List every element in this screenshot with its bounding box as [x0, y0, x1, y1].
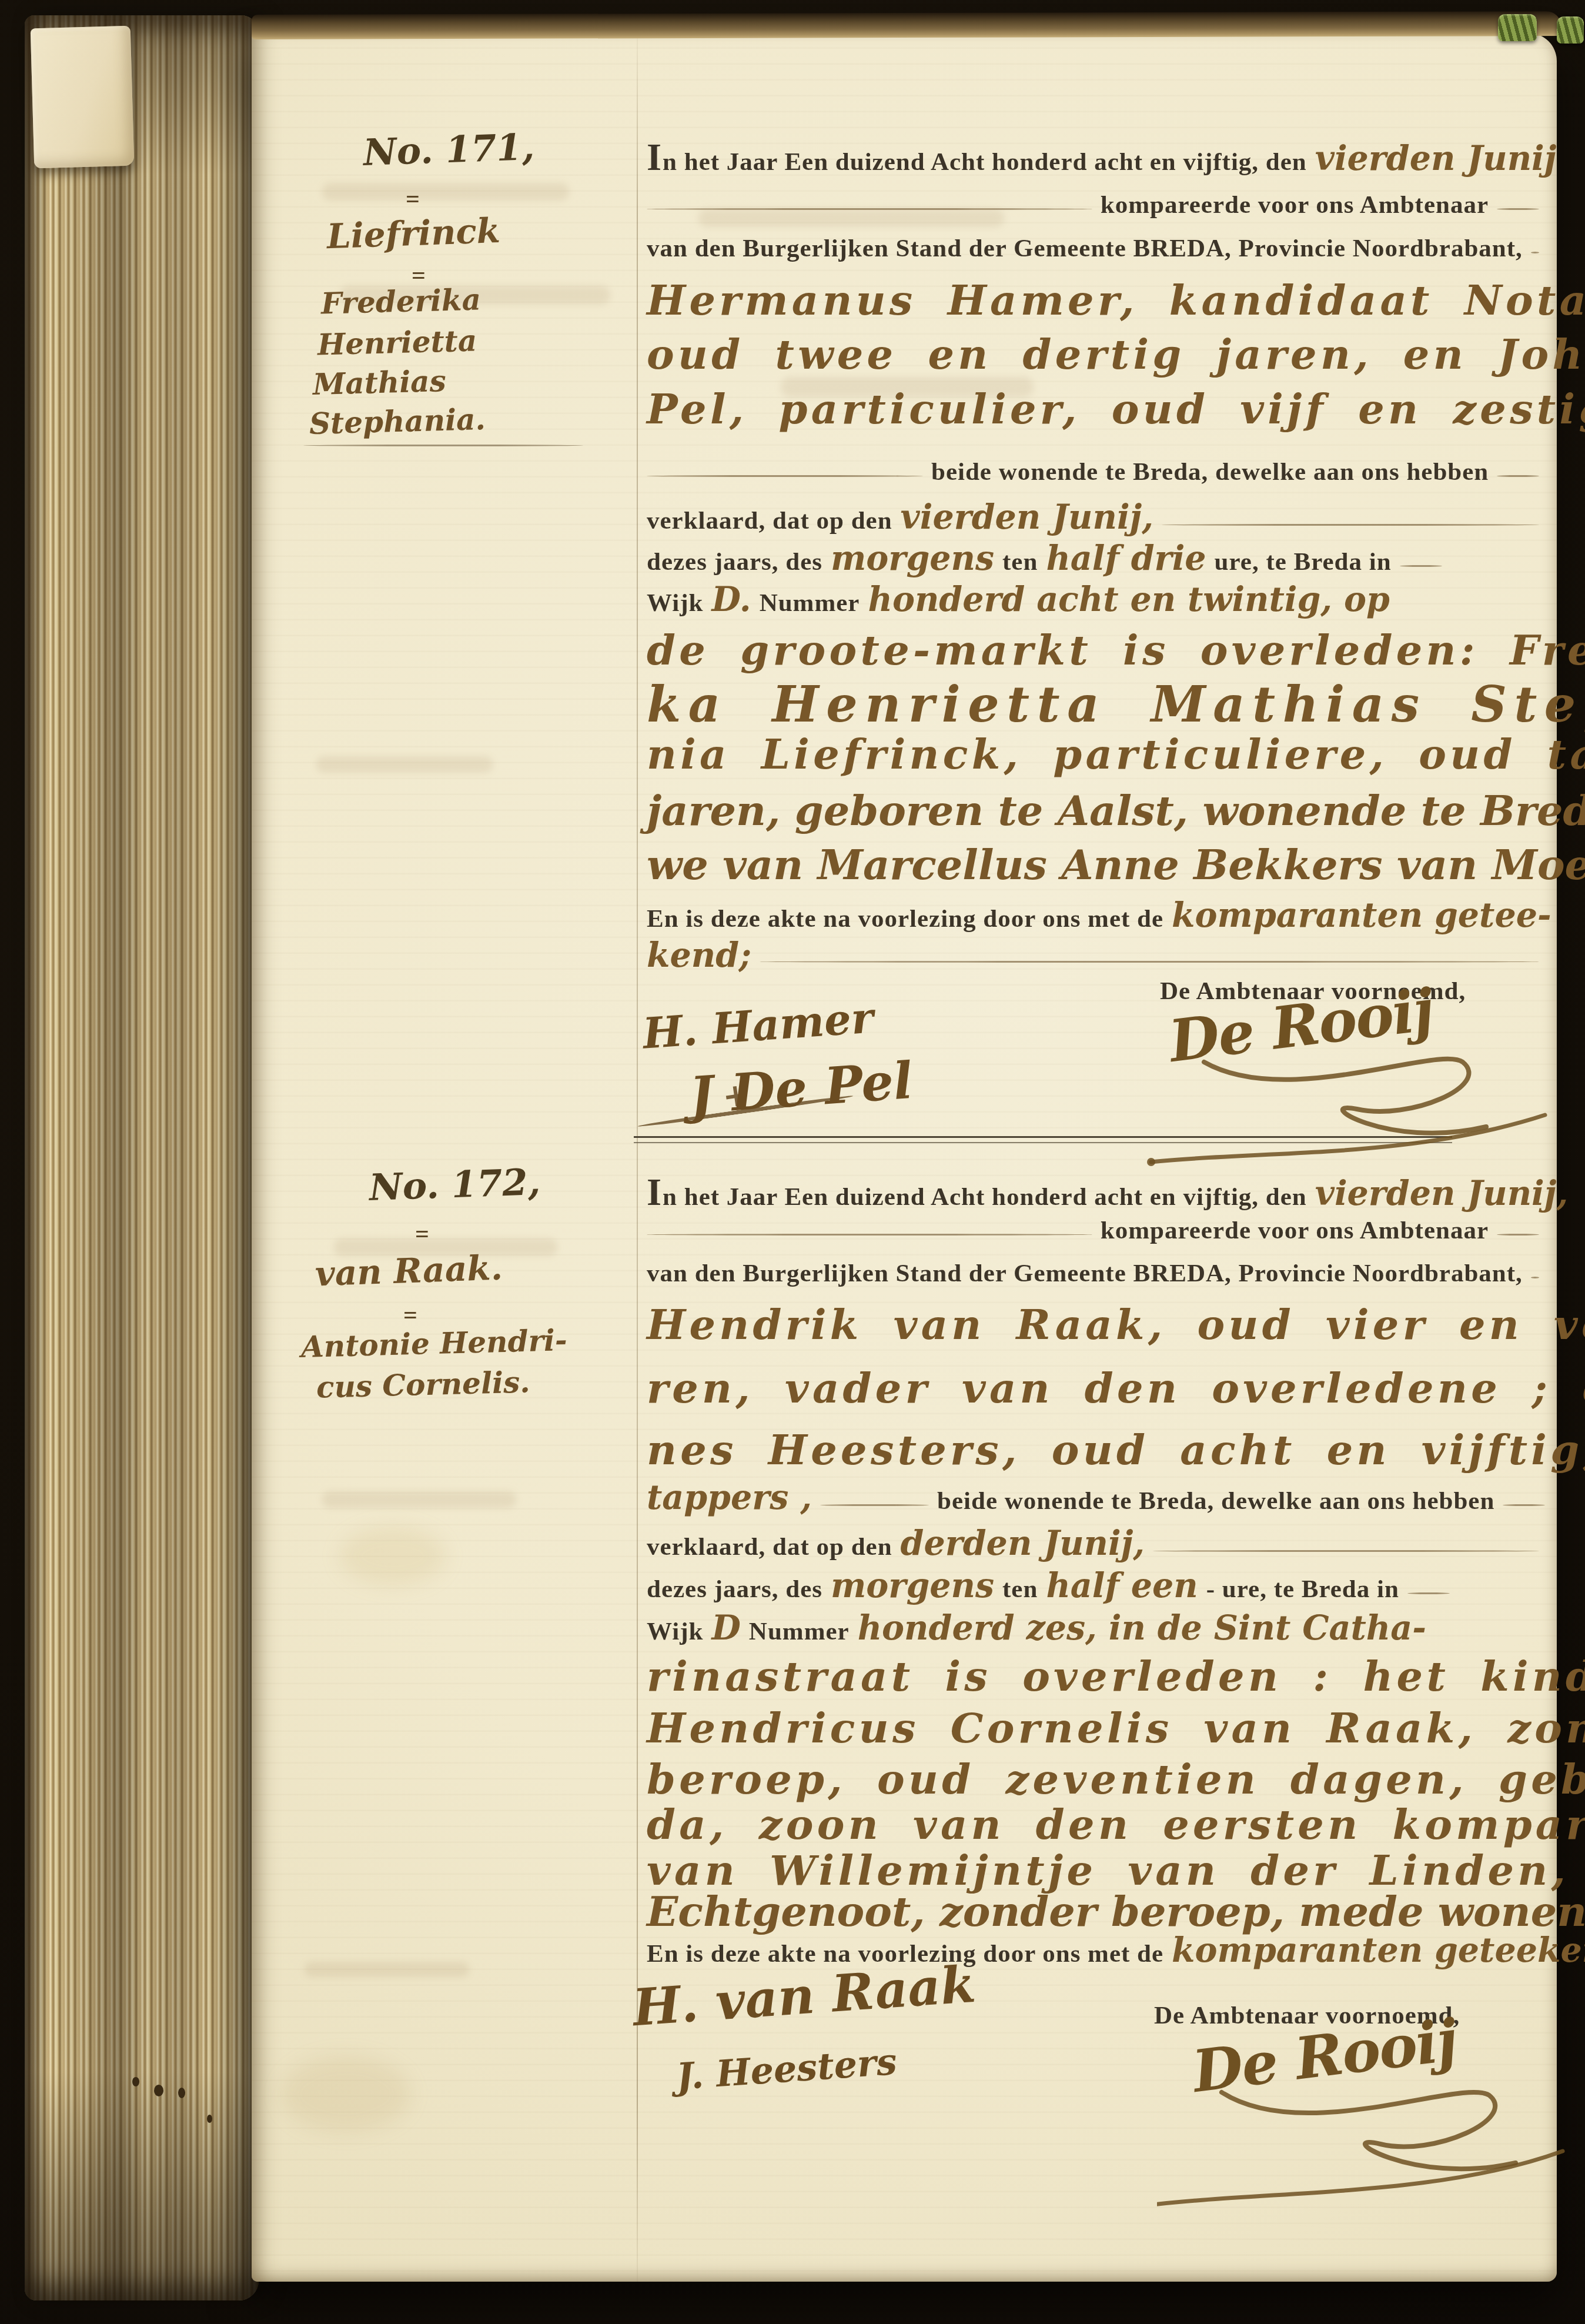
act-2-margin-separator: =: [403, 1303, 419, 1328]
registry-page: No. 171, = Liefrinck = Frederika Henriet…: [252, 33, 1557, 2282]
signature-flourish-icon: [1157, 2069, 1585, 2222]
act-1-line-13: nia Liefrinck, particuliere, oud tachtig: [647, 734, 1539, 775]
handwritten-text: ren, vader van den overledene ; en Johan…: [647, 1368, 1585, 1409]
handwritten-text: D: [711, 1611, 740, 1645]
act-1-line-9: dezes jaars, desmorgenstenhalf drieure, …: [647, 542, 1539, 576]
printed-text: beide wonende te Breda, dewelke aan ons …: [931, 458, 1489, 486]
printed-text: ten: [1002, 547, 1038, 576]
act-1-line-4: Hermanus Hamer, kandidaat Notaris,: [647, 280, 1539, 321]
act-2-line-3: van den Burgerlijken Stand der Gemeente …: [647, 1259, 1539, 1288]
fill-rule: [1497, 1234, 1539, 1236]
handwritten-text: half een: [1046, 1569, 1198, 1602]
fill-rule: [1400, 565, 1442, 567]
signature-flourish-icon: [1133, 1039, 1585, 1180]
act-1-line-3: van den Burgerlijken Stand der Gemeente …: [647, 234, 1539, 263]
act-2-line-5: ren, vader van den overledene ; en Johan…: [647, 1368, 1539, 1409]
act-2-witness2-signature: J. Heesters: [675, 2043, 898, 2095]
act-1-line-15: we van Marcellus Anne Bekkers van Moerge…: [647, 844, 1539, 886]
handwritten-text: vierden Junij,: [901, 500, 1153, 534]
act-2-line-7: tappers ,beide wonende te Breda, dewelke…: [647, 1481, 1539, 1515]
act-1-line-16: En is deze akte na voorlezing door ons m…: [647, 899, 1539, 933]
printed-text: In het Jaar Een duizend Acht honderd ach…: [647, 136, 1307, 179]
handwritten-text: honderd zes, in de Sint Catha-: [858, 1611, 1426, 1645]
ink-speck: [132, 2077, 139, 2086]
act-1-line-12: ka Henrietta Mathias Stepha-: [647, 680, 1539, 729]
act-1-margin-number: No. 171,: [363, 129, 535, 171]
handwritten-text: Hendricus Cornelis van Raak, zonder: [647, 1708, 1585, 1749]
ink-speck: [154, 2085, 163, 2096]
act-2-witness1-signature: H. van Raak: [631, 1959, 977, 2034]
printed-text: van den Burgerlijken Stand der Gemeente …: [647, 234, 1523, 263]
act-2-line-13: beroep, oud zeventien dagen, geboren te …: [647, 1759, 1539, 1800]
handwritten-text: vierden Junij: [1315, 142, 1557, 175]
act-1-margin-given-name: Stephania.: [309, 405, 486, 439]
act-1-official-signature: De Rooij: [1169, 997, 1433, 1055]
paper-stain: [340, 1527, 446, 1585]
handwritten-text: Echtgenoot, zonder beroep, mede wonende …: [647, 1891, 1585, 1932]
act-1-line-2: kompareerde voor ons Ambtenaar: [647, 191, 1539, 219]
fill-rule: [1503, 1504, 1545, 1506]
handwritten-text: nes Heesters, oud acht en vijftig, jaren…: [647, 1430, 1585, 1471]
act-1-margin-surname: Liefrinck: [326, 213, 501, 253]
printed-text: kompareerde voor ons Ambtenaar: [1101, 191, 1489, 219]
act-1-witness1-signature: H. Hamer: [641, 996, 875, 1054]
fill-rule: [1497, 475, 1539, 477]
handwritten-text: D.: [711, 583, 751, 616]
handwritten-text: nia Liefrinck, particuliere, oud tachtig: [647, 734, 1585, 775]
book-top-edge: [252, 11, 1561, 39]
printed-text: kompareerde voor ons Ambtenaar: [1101, 1216, 1489, 1245]
fill-rule: [1531, 252, 1539, 253]
printed-text: ten: [1002, 1575, 1038, 1604]
act-2-margin-given-name: Antonie Hendri-: [300, 1325, 567, 1362]
ink-bleed-ghost: [316, 756, 493, 773]
printed-text: - ure, te Breda in: [1206, 1575, 1399, 1604]
printed-text: verklaard, dat op den: [647, 506, 892, 535]
headband-green-icon: [1498, 14, 1537, 41]
scanned-register-photo: { "colors": { "paper": "#f1e9cd", "print…: [0, 0, 1585, 2324]
act-2-line-9: dezes jaars, desmorgenstenhalf een- ure,…: [647, 1569, 1539, 1604]
printed-text: Nummer: [760, 589, 860, 617]
act-1-line-17: kend;: [647, 939, 1539, 972]
fill-rule: [820, 1504, 929, 1506]
ink-bleed-ghost: [322, 183, 569, 201]
act-1-margin-given-name: Frederika: [320, 285, 481, 318]
handwritten-text: we van Marcellus Anne Bekkers van Moerge…: [647, 844, 1585, 886]
printed-text: beide wonende te Breda, dewelke aan ons …: [937, 1487, 1494, 1515]
handwritten-text: komparanten geteekend;: [1172, 1934, 1585, 1967]
handwritten-text: honderd acht en twintig, op: [868, 583, 1389, 616]
act-2-line-4: Hendrik van Raak, oud vier en veertig ja…: [647, 1304, 1539, 1345]
handwritten-text: tappers ,: [647, 1481, 812, 1514]
act-1-witness2-signature: J De Pel: [688, 1056, 914, 1121]
fill-rule: [1531, 1277, 1539, 1278]
act-2-line-10: WijkDNummerhonderd zes, in de Sint Catha…: [647, 1611, 1539, 1646]
book-page-stack: [25, 15, 259, 2300]
act-1-line-6: Pel, particulier, oud vijf en zestig jar…: [647, 389, 1539, 430]
fill-rule: [1497, 208, 1539, 210]
act-2-line-17: En is deze akte na voorlezing door ons m…: [647, 1934, 1539, 1968]
paper-stain: [281, 2056, 410, 2132]
printed-text: ure, te Breda in: [1215, 547, 1392, 576]
headband-green-icon: [1557, 16, 1584, 44]
act-2-line-15: van Willemijntje van der Linden, zijne: [647, 1850, 1539, 1891]
fill-rule: [1162, 524, 1539, 526]
act-1-margin-separator: =: [406, 187, 421, 212]
printed-text: Wijk: [647, 1617, 703, 1646]
act-2-line-2: kompareerde voor ons Ambtenaar: [647, 1216, 1539, 1245]
handwritten-text: ka Henrietta Mathias Stepha-: [647, 680, 1585, 729]
page-fold-line: [637, 33, 638, 2282]
act-1-margin-given-name: Henrietta: [317, 326, 477, 359]
handwritten-text: jaren, geboren te Aalst, wonende te Bred…: [647, 790, 1585, 832]
act-2-line-12: Hendricus Cornelis van Raak, zonder: [647, 1708, 1539, 1749]
handwritten-text: beroep, oud zeventien dagen, geboren te …: [647, 1759, 1585, 1800]
printed-text: dezes jaars, des: [647, 1575, 822, 1604]
handwritten-text: morgens: [831, 1569, 994, 1602]
handwritten-text: Pel, particulier, oud vijf en zestig jar…: [647, 389, 1585, 430]
handwritten-text: de groote-markt is overleden: Frederi-: [647, 630, 1585, 671]
act-1-margin-given-name: Mathias: [312, 366, 446, 399]
act-2-margin-given-name: cus Cornelis.: [316, 1367, 530, 1403]
act-2-line-16: Echtgenoot, zonder beroep, mede wonende …: [647, 1891, 1539, 1932]
handwritten-text: morgens: [831, 542, 994, 575]
fill-rule: [647, 1234, 1092, 1236]
ink-speck: [178, 2088, 185, 2098]
act-2-official-signature: De Rooij: [1192, 2028, 1457, 2085]
handwritten-text: Hendrik van Raak, oud vier en veertig ja…: [647, 1304, 1585, 1345]
margin-underline: [303, 445, 583, 446]
handwritten-text: komparanten getee-: [1172, 899, 1551, 932]
printed-text: van den Burgerlijken Stand der Gemeente …: [647, 1259, 1523, 1288]
act-1-line-14: jaren, geboren te Aalst, wonende te Bred…: [647, 790, 1539, 832]
fill-rule: [1153, 1550, 1539, 1552]
printed-text: verklaard, dat op den: [647, 1532, 892, 1561]
handwritten-text: vierden Junij,: [1315, 1177, 1568, 1210]
handwritten-text: oud twee en dertig jaren, en Johannes de: [647, 334, 1585, 375]
fill-rule: [647, 475, 923, 477]
act-1-line-8: verklaard, dat op denvierden Junij,: [647, 500, 1539, 535]
inserted-tab-sheet: [31, 26, 135, 169]
act-2-line-6: nes Heesters, oud acht en vijftig, jaren…: [647, 1430, 1539, 1471]
ink-speck: [207, 2115, 212, 2123]
handwritten-text: kend;: [647, 939, 751, 972]
handwritten-text: da, zoon van den eersten komparant, en -: [647, 1804, 1585, 1845]
handwritten-text: rinastraat is overleden : het kind Anton…: [647, 1656, 1585, 1697]
act-2-line-8: verklaard, dat op denderden Junij,: [647, 1527, 1539, 1561]
handwritten-text: derden Junij,: [901, 1527, 1145, 1560]
act-2-line-14: da, zoon van den eersten komparant, en -: [647, 1804, 1539, 1845]
handwritten-text: van Willemijntje van der Linden, zijne: [647, 1850, 1585, 1891]
act-2-margin-separator: =: [415, 1222, 430, 1247]
printed-text: Wijk: [647, 589, 703, 617]
act-1-line-10: WijkD.Nummerhonderd acht en twintig, op: [647, 583, 1539, 617]
handwritten-text: Hermanus Hamer, kandidaat Notaris,: [647, 280, 1585, 321]
printed-text: Nummer: [749, 1617, 850, 1646]
ink-bleed-ghost: [322, 1491, 516, 1508]
fill-rule: [1407, 1592, 1450, 1594]
act-2-margin-number: No. 172,: [369, 1164, 541, 1206]
act-1-line-7: beide wonende te Breda, dewelke aan ons …: [647, 458, 1539, 486]
ink-bleed-ghost: [305, 1962, 469, 1977]
act-2-line-11: rinastraat is overleden : het kind Anton…: [647, 1656, 1539, 1697]
act-2-margin-surname: van Raak.: [315, 1250, 503, 1291]
printed-text: En is deze akte na voorlezing door ons m…: [647, 904, 1163, 933]
fill-rule: [647, 208, 1092, 210]
printed-text: dezes jaars, des: [647, 547, 822, 576]
act-1-line-1: In het Jaar Een duizend Acht honderd ach…: [647, 136, 1539, 179]
handwritten-text: half drie: [1046, 542, 1206, 575]
act-1-line-5: oud twee en dertig jaren, en Johannes de: [647, 334, 1539, 375]
act-1-line-11: de groote-markt is overleden: Frederi-: [647, 630, 1539, 671]
fill-rule: [760, 961, 1539, 963]
